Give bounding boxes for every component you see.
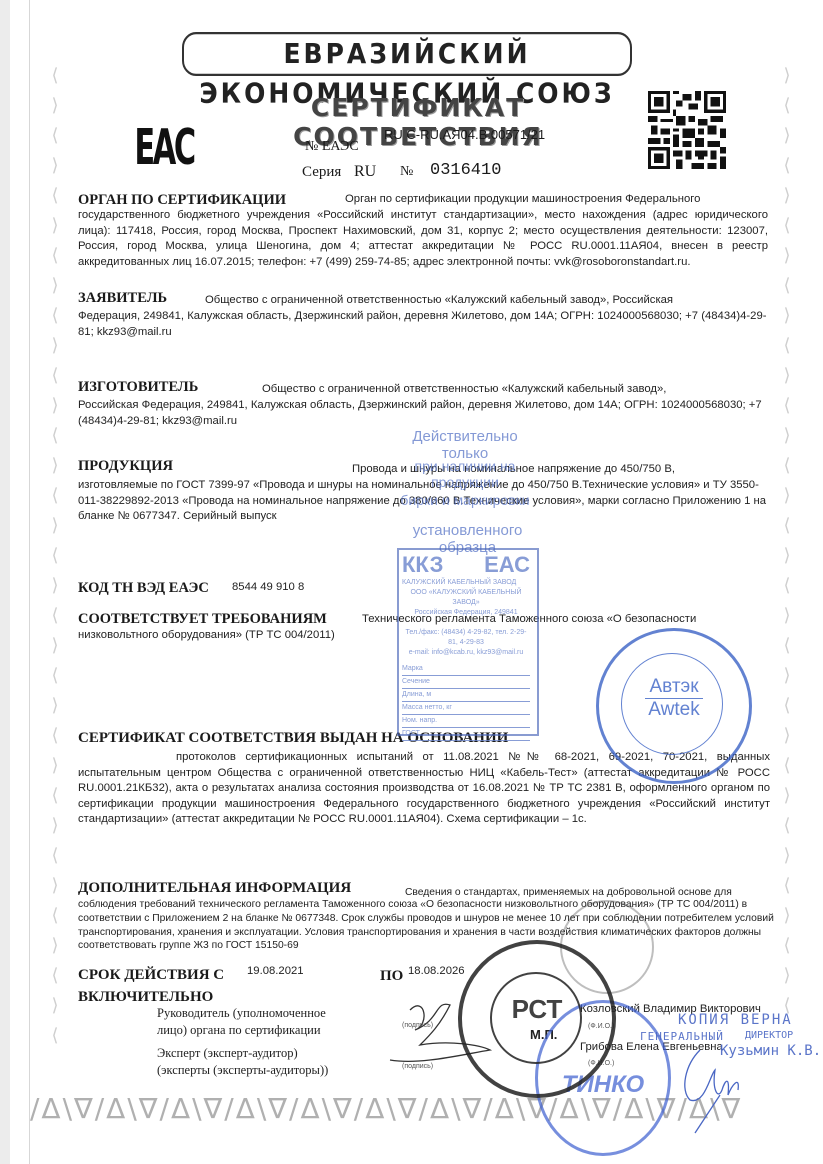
validity-note-line2: при наличии на продукции xyxy=(400,458,530,490)
awtek-stamp-text: Автэк Awtek xyxy=(599,676,749,721)
certificate-page: ⟨⟩⟨⟩⟨⟩⟨⟩⟨⟩⟨⟩⟨⟩⟨⟩⟨⟩⟨⟩⟨⟩⟨⟩⟨⟩⟨⟩⟨⟩⟨⟩⟨ ⟩⟨⟩⟨⟩⟨… xyxy=(0,0,823,1164)
tn-ved-label: КОД ТН ВЭД ЕАЭС xyxy=(78,580,209,597)
expert-label: Эксперт (эксперт-аудитор) (эксперты (экс… xyxy=(157,1045,328,1079)
kkz-email: e-mail: info@kcab.ru, kkz93@mail.ru xyxy=(402,648,530,658)
kkz-field-mass: Масса нетто, кг xyxy=(402,703,530,715)
eac-mark-icon: ЕАС xyxy=(134,118,193,175)
kkz-field-gost: ГОСТ xyxy=(402,729,530,741)
certification-body-label: ОРГАН ПО СЕРТИФИКАЦИИ xyxy=(78,192,286,209)
validity-date-to: 18.08.2026 xyxy=(408,964,465,980)
rst-stamp: РСТ xyxy=(458,940,616,1098)
qr-code-icon[interactable] xyxy=(648,90,726,170)
complies-label: СООТВЕТСТВУЕТ ТРЕБОВАНИЯМ xyxy=(78,611,327,628)
copy-true-stamp: КОПИЯ ВЕРНА xyxy=(678,1012,793,1028)
kkz-field-brand: Марка xyxy=(402,664,530,676)
manufacturer-first-line: Общество с ограниченной ответственностью… xyxy=(262,382,768,398)
eaes-number: RU C-RU.АЯ04.В.00571/21 xyxy=(384,127,545,142)
kkz-subtitle: КАЛУЖСКИЙ КАБЕЛЬНЫЙ ЗАВОД xyxy=(402,578,530,588)
validity-note-line3: бирки и маркировки xyxy=(400,492,530,508)
awtek-line2: Awtek xyxy=(599,699,749,721)
kkz-label: ККЗ ЕАС КАЛУЖСКИЙ КАБЕЛЬНЫЙ ЗАВОД ООО «К… xyxy=(402,552,530,742)
validity-from-label: СРОК ДЕЙСТВИЯ С xyxy=(78,967,224,984)
manufacturer-text: Российская Федерация, 249841, Калужская … xyxy=(78,398,768,429)
manufacturer-label: ИЗГОТОВИТЕЛЬ xyxy=(78,379,198,396)
additional-info-text: соблюдения требований технического регла… xyxy=(78,898,782,953)
kkz-company: ООО «КАЛУЖСКИЙ КАБЕЛЬНЫЙ ЗАВОД» xyxy=(402,588,530,608)
series-label: Серия xyxy=(302,164,341,181)
expert-signature-caption: (подпись) xyxy=(402,1063,433,1070)
validity-date-from: 19.08.2021 xyxy=(247,964,304,980)
additional-info-label: ДОПОЛНИТЕЛЬНАЯ ИНФОРМАЦИЯ xyxy=(78,880,351,897)
kkz-field-section: Сечение xyxy=(402,677,530,689)
eaes-number-label: № ЕАЭС xyxy=(305,139,359,155)
applicant-first-line: Общество с ограниченной ответственностью… xyxy=(205,293,768,309)
head-label-line2: лицо) органа по сертификации xyxy=(157,1022,326,1039)
applicant-label: ЗАЯВИТЕЛЬ xyxy=(78,290,167,307)
expert-label-line1: Эксперт (эксперт-аудитор) xyxy=(157,1045,328,1062)
validity-note-line1: Действительно только xyxy=(400,428,530,462)
kkz-country: Российская Федерация, 249841 xyxy=(402,608,530,618)
eaeu-banner: ЕВРАЗИЙСКИЙ ЭКОНОМИЧЕСКИЙ СОЮЗ xyxy=(182,32,632,76)
form-number: 0316410 xyxy=(430,161,501,180)
scan-edge xyxy=(0,0,10,1164)
awtek-stamp: Автэк Awtek xyxy=(596,628,752,784)
series-value: RU xyxy=(354,163,376,181)
complies-text: низковольтного оборудования» (ТР ТС 004/… xyxy=(78,628,398,644)
copy-position-1: ГЕНЕРАЛЬНЫЙ xyxy=(640,1030,724,1043)
kkz-field-length: Длина, м xyxy=(402,690,530,702)
head-label: Руководитель (уполномоченное лицо) орган… xyxy=(157,1005,326,1039)
tn-ved-value: 8544 49 910 8 xyxy=(232,580,304,596)
product-label: ПРОДУКЦИЯ xyxy=(78,458,173,475)
left-ornament-border: ⟨⟩⟨⟩⟨⟩⟨⟩⟨⟩⟨⟩⟨⟩⟨⟩⟨⟩⟨⟩⟨⟩⟨⟩⟨⟩⟨⟩⟨⟩⟨⟩⟨ xyxy=(40,60,70,1060)
validity-inclusive-label: ВКЛЮЧИТЕЛЬНО xyxy=(78,989,213,1006)
expert-label-line2: (эксперты (эксперты-аудиторы)) xyxy=(157,1062,328,1079)
kkz-eac-icon: ЕАС xyxy=(484,552,530,578)
director-signature-icon xyxy=(660,1045,760,1135)
form-number-label: № xyxy=(400,164,413,180)
kkz-logo: ККЗ xyxy=(402,552,443,578)
kkz-phone: Тел./факс: (48434) 4-29-82, тел. 2-29-81… xyxy=(402,628,530,648)
validity-to-label: ПО xyxy=(380,968,403,985)
head-label-line1: Руководитель (уполномоченное xyxy=(157,1005,326,1022)
awtek-line1: Автэк xyxy=(645,676,702,699)
certificate-title: СЕРТИФИКАТ СООТВЕТСТВИЯ xyxy=(248,93,588,151)
certification-body-first-line: Орган по сертификации продукции машиност… xyxy=(345,192,775,208)
head-signature-caption: (подпись) xyxy=(402,1022,433,1029)
kkz-field-voltage: Ном. напр. xyxy=(402,716,530,728)
copy-position-2: ДИРЕКТОР xyxy=(745,1030,793,1041)
applicant-text: Федерация, 249841, Калужская область, Дз… xyxy=(78,309,768,340)
certification-body-text: государственного бюджетного учреждения «… xyxy=(78,208,768,270)
scan-fold-line xyxy=(29,0,30,1164)
rst-logo: РСТ xyxy=(462,994,612,1025)
